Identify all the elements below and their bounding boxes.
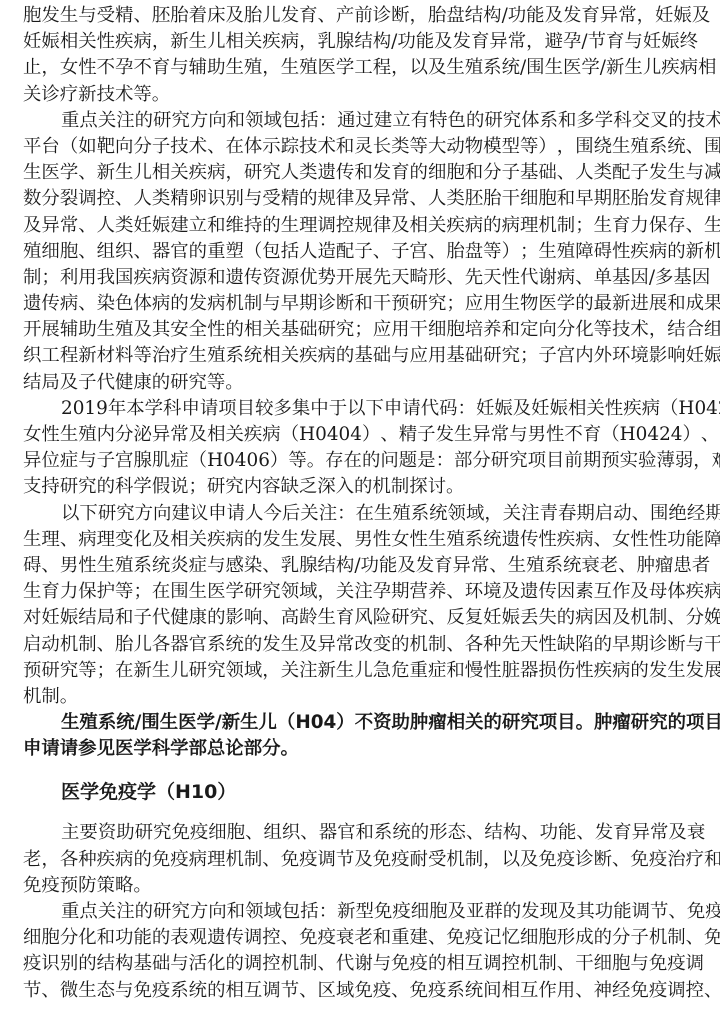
text-line: 遗传病、染色体病的发病机制与早期诊断和干预研究；应用生物医学的最新进展和成果 (23, 291, 697, 317)
h04-notice: 生殖系统/围生医学/新生儿（H04）不资助肿瘤相关的研究项目。肿瘤研究的项目申请… (23, 710, 697, 762)
document-page: 胞发生与受精、胚胎着床及胎儿发育、产前诊断，胎盘结构/功能及发育异常，妊娠及妊娠… (23, 3, 697, 1004)
text-line: 主要资助研究免疫细胞、组织、器官和系统的形态、结构、功能、发育异常及衰 (23, 820, 697, 846)
text-line: 节、微生态与免疫系统的相互调节、区域免疫、免疫系统间相互作用、神经免疫调控、 (23, 978, 697, 1004)
text-line: 平台（如靶向分子技术、在体示踪技术和灵长类等大动物模型等），围绕生殖系统、围 (23, 134, 697, 160)
text-line: 重点关注的研究方向和领域包括：通过建立有特色的研究体系和多学科交叉的技术 (23, 108, 697, 134)
text-line: 启动机制、胎儿各器官系统的发生及异常改变的机制、各种先天性缺陷的早期诊断与干 (23, 632, 697, 658)
text-line: 止，女性不孕不育与辅助生殖，生殖医学工程，以及生殖系统/围生医学/新生儿疾病相 (23, 55, 697, 81)
text-line: 对妊娠结局和子代健康的影响、高龄生育风险研究、反复妊娠丢失的病因及机制、分娩 (23, 605, 697, 631)
text-line: 胞发生与受精、胚胎着床及胎儿发育、产前诊断，胎盘结构/功能及发育异常，妊娠及 (23, 3, 697, 29)
text-line: 开展辅助生殖及其安全性的相关基础研究；应用干细胞培养和定向分化等技术，结合组 (23, 317, 697, 343)
text-line: 织工程新材料等治疗生殖系统相关疾病的基础与应用基础研究；子宫内外环境影响妊娠 (23, 343, 697, 369)
text-line: 免疫预防策略。 (23, 873, 697, 899)
text-line: 生理、病理变化及相关疾病的发生发展、男性女性生殖系统遗传性疾病、女性性功能障 (23, 527, 697, 553)
text-line: 生殖系统/围生医学/新生儿（H04）不资助肿瘤相关的研究项目。肿瘤研究的项目 (23, 710, 697, 736)
h04-paragraph-1: 胞发生与受精、胚胎着床及胎儿发育、产前诊断，胎盘结构/功能及发育异常，妊娠及妊娠… (23, 3, 697, 108)
text-line: 2019 年本学科申请项目较多集中于以下申请代码：妊娠及妊娠相关性疾病（H042… (23, 396, 697, 422)
text-line: 殖细胞、组织、器官的重塑（包括人造配子、子宫、胎盘等）；生殖障碍性疾病的新机 (23, 239, 697, 265)
text-line: 及异常、人类妊娠建立和维持的生理调控规律及相关疾病的病理机制；生育力保存、生 (23, 213, 697, 239)
text-line: 女性生殖内分泌异常及相关疾病（H0404）、精子发生异常与男性不育（H0424）… (23, 422, 697, 448)
text-line: 生育力保护等；在围生医学研究领域，关注孕期营养、环境及遗传因素互作及母体疾病 (23, 579, 697, 605)
text-line: 异位症与子宫腺肌症（H0406）等。存在的问题是：部分研究项目前期预实验薄弱，难… (23, 448, 697, 474)
text-line: 妊娠相关性疾病，新生儿相关疾病，乳腺结构/功能及发育异常，避孕/节育与妊娠终 (23, 29, 697, 55)
h04-paragraph-4: 以下研究方向建议申请人今后关注：在生殖系统领域，关注青春期启动、围绝经期生理、病… (23, 501, 697, 711)
text-line: 疫识别的结构基础与活化的调控机制、代谢与免疫的相互调控机制、干细胞与免疫调 (23, 951, 697, 977)
text-line: 申请请参见医学科学部总论部分。 (23, 736, 697, 762)
section-heading-h10: 医学免疫学（H10） (23, 772, 697, 820)
text-line: 老，各种疾病的免疫病理机制、免疫调节及免疫耐受机制，以及免疫诊断、免疫治疗和 (23, 847, 697, 873)
text-line: 结局及子代健康的研究等。 (23, 370, 697, 396)
text-line: 碍、男性生殖系统炎症与感染、乳腺结构/功能及发育异常、生殖系统衰老、肿瘤患者 (23, 553, 697, 579)
text-line: 细胞分化和功能的表观遗传调控、免疫衰老和重建、免疫记忆细胞形成的分子机制、免 (23, 925, 697, 951)
text-line: 预研究等；在新生儿研究领域，关注新生儿急危重症和慢性脏器损伤性疾病的发生发展 (23, 658, 697, 684)
text-line: 数分裂调控、人类精卵识别与受精的规律及异常、人类胚胎干细胞和早期胚胎发育规律 (23, 186, 697, 212)
h10-paragraph-1: 主要资助研究免疫细胞、组织、器官和系统的形态、结构、功能、发育异常及衰老，各种疾… (23, 820, 697, 899)
text-line: 制；利用我国疾病资源和遗传资源优势开展先天畸形、先天性代谢病、单基因/多基因 (23, 265, 697, 291)
h04-paragraph-3: 2019 年本学科申请项目较多集中于以下申请代码：妊娠及妊娠相关性疾病（H042… (23, 396, 697, 501)
text-line: 支持研究的科学假说；研究内容缺乏深入的机制探讨。 (23, 474, 697, 500)
h04-paragraph-2: 重点关注的研究方向和领域包括：通过建立有特色的研究体系和多学科交叉的技术平台（如… (23, 108, 697, 396)
h10-paragraph-2: 重点关注的研究方向和领域包括：新型免疫细胞及亚群的发现及其功能调节、免疫细胞分化… (23, 899, 697, 1004)
text-line: 重点关注的研究方向和领域包括：新型免疫细胞及亚群的发现及其功能调节、免疫 (23, 899, 697, 925)
text-line: 关诊疗新技术等。 (23, 82, 697, 108)
text-line: 机制。 (23, 684, 697, 710)
text-line: 生医学、新生儿相关疾病，研究人类遗传和发育的细胞和分子基础、人类配子发生与减 (23, 160, 697, 186)
text-line: 以下研究方向建议申请人今后关注：在生殖系统领域，关注青春期启动、围绝经期 (23, 501, 697, 527)
